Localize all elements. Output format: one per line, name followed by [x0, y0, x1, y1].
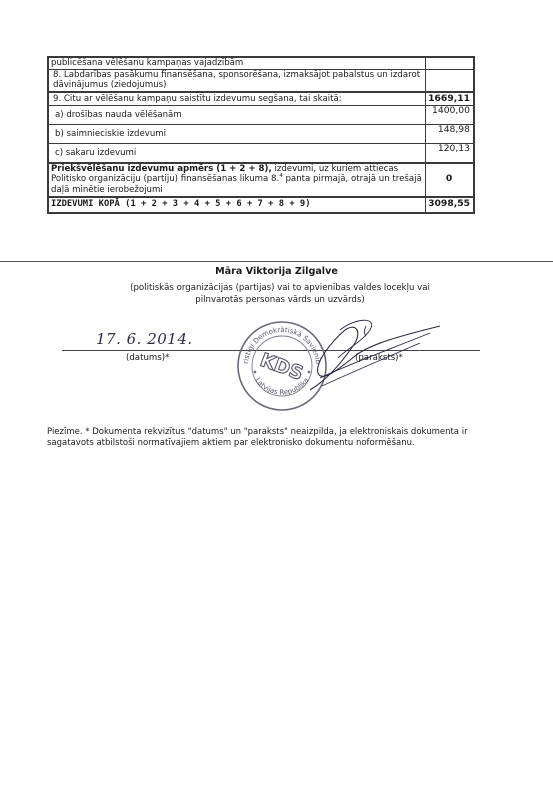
- row-label: IZDEVUMI KOPĀ (1 + 2 + 3 + 4 + 5 + 6 + 7…: [48, 197, 426, 213]
- footnote: Piezīme. * Dokumenta rekvizītus "datums"…: [47, 427, 487, 449]
- row-value: 148,98: [426, 125, 474, 144]
- table-row: 8. Labdarības pasākumu finansēšana, spon…: [48, 69, 474, 92]
- row-label: publicēšana vēlēšanu kampaņas vajadzībām: [48, 57, 426, 69]
- separator-line: [0, 261, 553, 262]
- signer-name: Māra Viktorija Zilgalve: [0, 266, 553, 277]
- document-page: publicēšana vēlēšanu kampaņas vajadzībām…: [0, 0, 553, 790]
- handwritten-signature-icon: [300, 318, 470, 398]
- table-row: 9. Citu ar vēlēšanu kampaņu saistītu izd…: [48, 92, 474, 106]
- table-row: Priekšvēlēšanu izdevumu apmērs (1 + 2 + …: [48, 163, 474, 197]
- date-label: (datums)*: [126, 353, 169, 363]
- row-label: Priekšvēlēšanu izdevumu apmērs (1 + 2 + …: [48, 163, 426, 197]
- row-label: 9. Citu ar vēlēšanu kampaņu saistītu izd…: [48, 92, 426, 106]
- table-row-total: IZDEVUMI KOPĀ (1 + 2 + 3 + 4 + 5 + 6 + 7…: [48, 197, 474, 213]
- row-value: 0: [426, 163, 474, 197]
- row-value: 3098,55: [426, 197, 474, 213]
- row-label: c) sakaru izdevumi: [48, 144, 426, 163]
- table-row: a) drošības nauda vēlēšanām 1400,00: [48, 106, 474, 125]
- table-row: b) saimnieciskie izdevumi 148,98: [48, 125, 474, 144]
- expenses-table: publicēšana vēlēšanu kampaņas vajadzībām…: [47, 56, 475, 214]
- handwritten-date: 17. 6. 2014.: [96, 330, 193, 348]
- row-value: [426, 57, 474, 69]
- row-label: 8. Labdarības pasākumu finansēšana, spon…: [48, 69, 426, 92]
- row-value: 120,13: [426, 144, 474, 163]
- row-value: 1400,00: [426, 106, 474, 125]
- row-value: [426, 69, 474, 92]
- table-row: publicēšana vēlēšanu kampaņas vajadzībām: [48, 57, 474, 69]
- table-row: c) sakaru izdevumi 120,13: [48, 144, 474, 163]
- row-value: 1669,11: [426, 92, 474, 106]
- row-label: a) drošības nauda vēlēšanām: [48, 106, 426, 125]
- row-label: b) saimnieciskie izdevumi: [48, 125, 426, 144]
- row-label-bold: Priekšvēlēšanu izdevumu apmērs (1 + 2 + …: [51, 164, 272, 174]
- stamp-logo: KDS: [257, 349, 306, 385]
- signer-description: (politiskās organizācijas (partijas) vai…: [120, 282, 440, 306]
